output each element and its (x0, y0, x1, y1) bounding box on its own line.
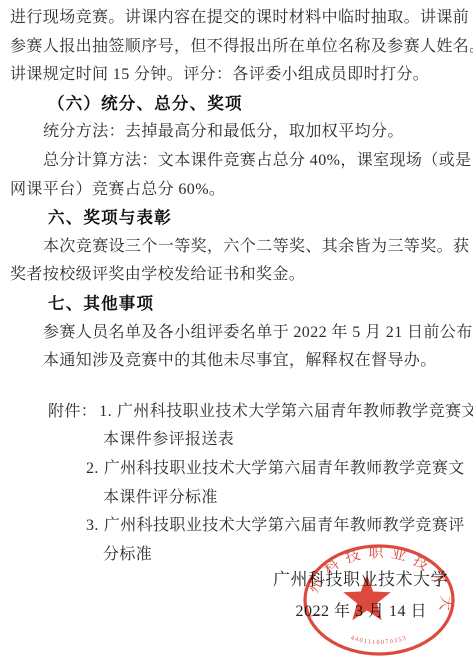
body-line: 奖者按校级评奖由学校发给证书和奖金。 (10, 261, 468, 290)
document-body: 进行现场竞赛。讲课内容在提交的课时材料中临时抽取。讲课前 参赛人报出抽签顺序号，… (10, 4, 468, 569)
attachments-block: 附件：1.广州科技职业技术大学第六届青年教师教学竞赛文 本课件参评报送表 2.广… (10, 398, 468, 570)
document-page: 进行现场竞赛。讲课内容在提交的课时材料中临时抽取。讲课前 参赛人报出抽签顺序号，… (0, 0, 473, 661)
body-line: 统分方法：去掉最高分和最低分，取加权平均分。 (10, 118, 468, 147)
attachment-title-line: 广州科技职业技术大学第六届青年教师教学竞赛文 (104, 460, 465, 477)
body-line: 参赛人报出抽签顺序号，但不得报出所在单位名称及参赛人姓名。 (10, 33, 468, 62)
attachment-title-line: 本课件评分标准 (10, 484, 468, 513)
section-heading: 七、其他事项 (10, 290, 468, 319)
attachment-title-line: 本课件参评报送表 (10, 426, 468, 455)
section-heading: （六）统分、总分、奖项 (10, 90, 468, 119)
body-line: 本次竞赛设三个一等奖，六个二等奖、其余皆为三等奖。获 (10, 233, 468, 262)
body-line: 本通知涉及竞赛中的其他未尽事宜，解释权在督导办。 (10, 347, 468, 376)
attachment-line: 附件：1.广州科技职业技术大学第六届青年教师教学竞赛文 (10, 398, 468, 427)
body-line: 进行现场竞赛。讲课内容在提交的课时材料中临时抽取。讲课前 (10, 4, 468, 33)
signature-organization: 广州科技职业技术大学 (273, 565, 448, 590)
attachment-number: 3. (86, 517, 99, 534)
signature-date: 2022 年 3 月 14 日 (295, 598, 427, 621)
body-line: 网课平台）竞赛占总分 60%。 (10, 176, 468, 205)
svg-text:4401110070353: 4401110070353 (350, 634, 408, 646)
attachment-line: 3.广州科技职业技术大学第六届青年教师教学竞赛评 (10, 512, 468, 541)
attachment-number: 1. (99, 403, 112, 420)
section-heading: 六、奖项与表彰 (10, 204, 468, 233)
body-line: 参赛人员名单及各小组评委名单于 2022 年 5 月 21 日前公布。 (10, 319, 468, 348)
body-line: 讲课规定时间 15 分钟。评分：各评委小组成员即时打分。 (10, 61, 468, 90)
seal-serial-number: 4401110070353 (350, 634, 408, 646)
attachment-title-line: 广州科技职业技术大学第六届青年教师教学竞赛文 (117, 403, 473, 420)
attachment-title-line: 广州科技职业技术大学第六届青年教师教学竞赛评 (104, 517, 465, 534)
attachment-line: 2.广州科技职业技术大学第六届青年教师教学竞赛文 (10, 455, 468, 484)
body-line: 总分计算方法：文本课件竞赛占总分 40%，课室现场（或是 (10, 147, 468, 176)
attachment-number: 2. (86, 460, 99, 477)
attachments-label: 附件： (48, 403, 97, 420)
